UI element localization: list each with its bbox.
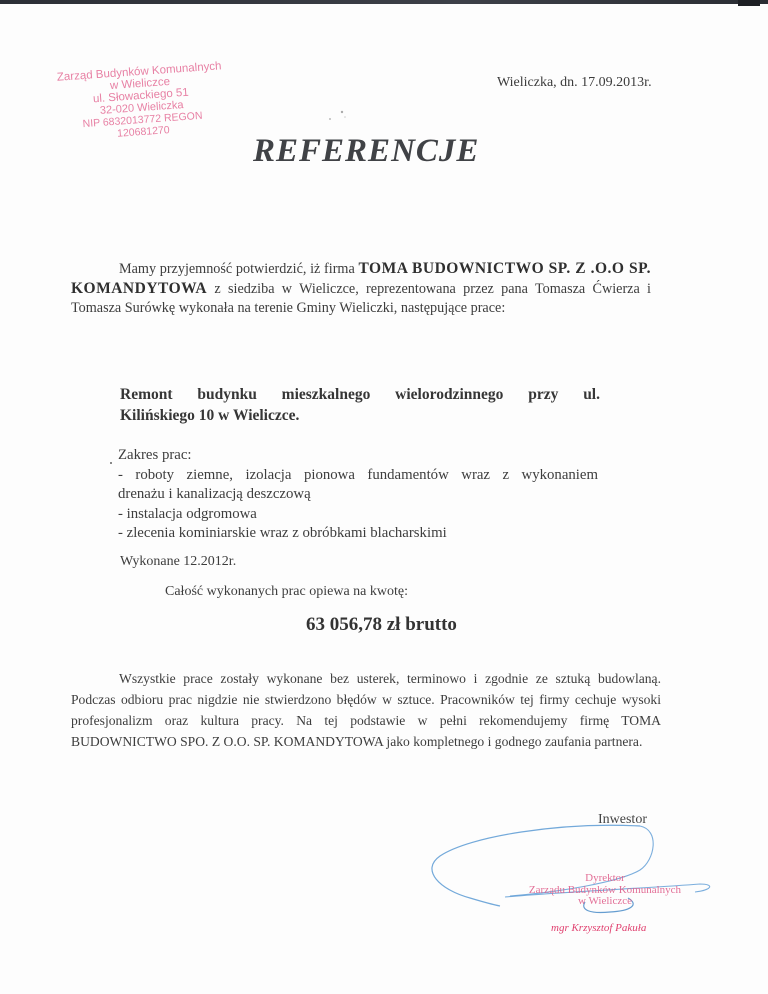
scope-item: drenażu i kanalizacją deszczową bbox=[118, 485, 598, 505]
total-label: Całość wykonanych prac opiewa na kwotę: bbox=[165, 584, 408, 600]
document-date: Wieliczka, dn. 17.09.2013r. bbox=[497, 75, 652, 91]
director-stamp: Dyrektor Zarządu Budynków Komunalnych w … bbox=[520, 873, 690, 908]
director-stamp-line: w Wieliczce bbox=[520, 896, 690, 908]
signatory-name: mgr Krzysztof Pakuła bbox=[551, 922, 646, 934]
institution-stamp: Zarząd Budynków Komunalnych w Wieliczce … bbox=[54, 60, 229, 144]
scan-specks bbox=[326, 107, 356, 123]
scope-item: - zlecenia kominiarskie wraz z obróbkami… bbox=[118, 524, 598, 544]
project-line-1: Remont budynku mieszkalnego wielorodzinn… bbox=[120, 384, 600, 405]
scan-edge bbox=[0, 0, 768, 4]
total-amount: 63 056,78 zł brutto bbox=[306, 614, 457, 636]
document-title: REFERENCJE bbox=[253, 133, 479, 170]
director-stamp-line: Dyrektor bbox=[520, 873, 690, 885]
completion-date: Wykonane 12.2012r. bbox=[120, 554, 236, 570]
scope-item: - instalacja odgromowa bbox=[118, 505, 598, 525]
scope-heading: Zakres prac: bbox=[118, 446, 598, 466]
scan-edge-corner bbox=[738, 0, 760, 6]
scope-of-work: Zakres prac: - roboty ziemne, izolacja p… bbox=[118, 446, 598, 544]
project-line-2: Kilińskiego 10 w Wieliczce. bbox=[120, 407, 299, 424]
intro-paragraph: Mamy przyjemność potwierdzić, iż firma T… bbox=[71, 259, 651, 318]
closing-paragraph: Wszystkie prace zostały wykonane bez ust… bbox=[71, 668, 661, 752]
project-title: Remont budynku mieszkalnego wielorodzinn… bbox=[120, 384, 600, 426]
intro-text-before: Mamy przyjemność potwierdzić, iż firma bbox=[119, 261, 358, 277]
closing-text: Wszystkie prace zostały wykonane bez ust… bbox=[71, 671, 661, 749]
scan-dot bbox=[110, 462, 112, 464]
scope-item: - roboty ziemne, izolacja pionowa fundam… bbox=[118, 466, 598, 486]
investor-label: Inwestor bbox=[598, 812, 647, 828]
